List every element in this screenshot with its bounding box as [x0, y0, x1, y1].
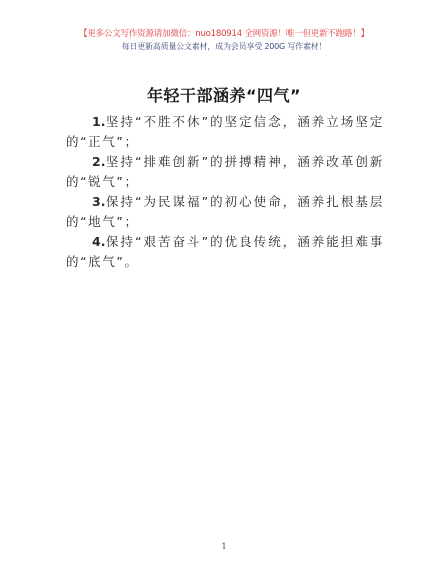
paragraph-text: 保持“为民谋福”的初心使命，涵养扎根基层的“地气”； — [66, 194, 384, 229]
paragraph-text: 保持“艰苦奋斗”的优良传统，涵养能担难事的“底气”。 — [66, 234, 384, 269]
paragraph-1: 1.坚持“不胜不休”的坚定信念，涵养立场坚定的“正气”； — [66, 112, 384, 152]
paragraph-4: 4.保持“艰苦奋斗”的优良传统，涵养能担难事的“底气”。 — [66, 232, 384, 272]
document-body: 1.坚持“不胜不休”的坚定信念，涵养立场坚定的“正气”； 2.坚持“排难创新”的… — [66, 112, 384, 272]
promo-banner-line-2: 每日更新高质量公文素材，成为会员享受 200G 写作素材！ — [0, 41, 448, 52]
paragraph-3: 3.保持“为民谋福”的初心使命，涵养扎根基层的“地气”； — [66, 192, 384, 232]
page-number: 1 — [0, 542, 448, 551]
paragraph-number: 2. — [92, 154, 105, 169]
document-page: 【更多公文写作资源请加微信：nuo180914 全网资源！唯一但更新不跑路！】 … — [0, 0, 448, 580]
paragraph-text: 坚持“不胜不休”的坚定信念，涵养立场坚定的“正气”； — [66, 114, 384, 149]
document-title: 年轻干部涵养“四气” — [0, 86, 448, 106]
promo-banner-line-1: 【更多公文写作资源请加微信：nuo180914 全网资源！唯一但更新不跑路！】 — [0, 29, 448, 40]
paragraph-2: 2.坚持“排难创新”的拼搏精神，涵养改革创新的“锐气”； — [66, 152, 384, 192]
paragraph-number: 4. — [92, 234, 105, 249]
paragraph-text: 坚持“排难创新”的拼搏精神，涵养改革创新的“锐气”； — [66, 154, 384, 189]
paragraph-number: 3. — [92, 194, 105, 209]
paragraph-number: 1. — [92, 114, 105, 129]
